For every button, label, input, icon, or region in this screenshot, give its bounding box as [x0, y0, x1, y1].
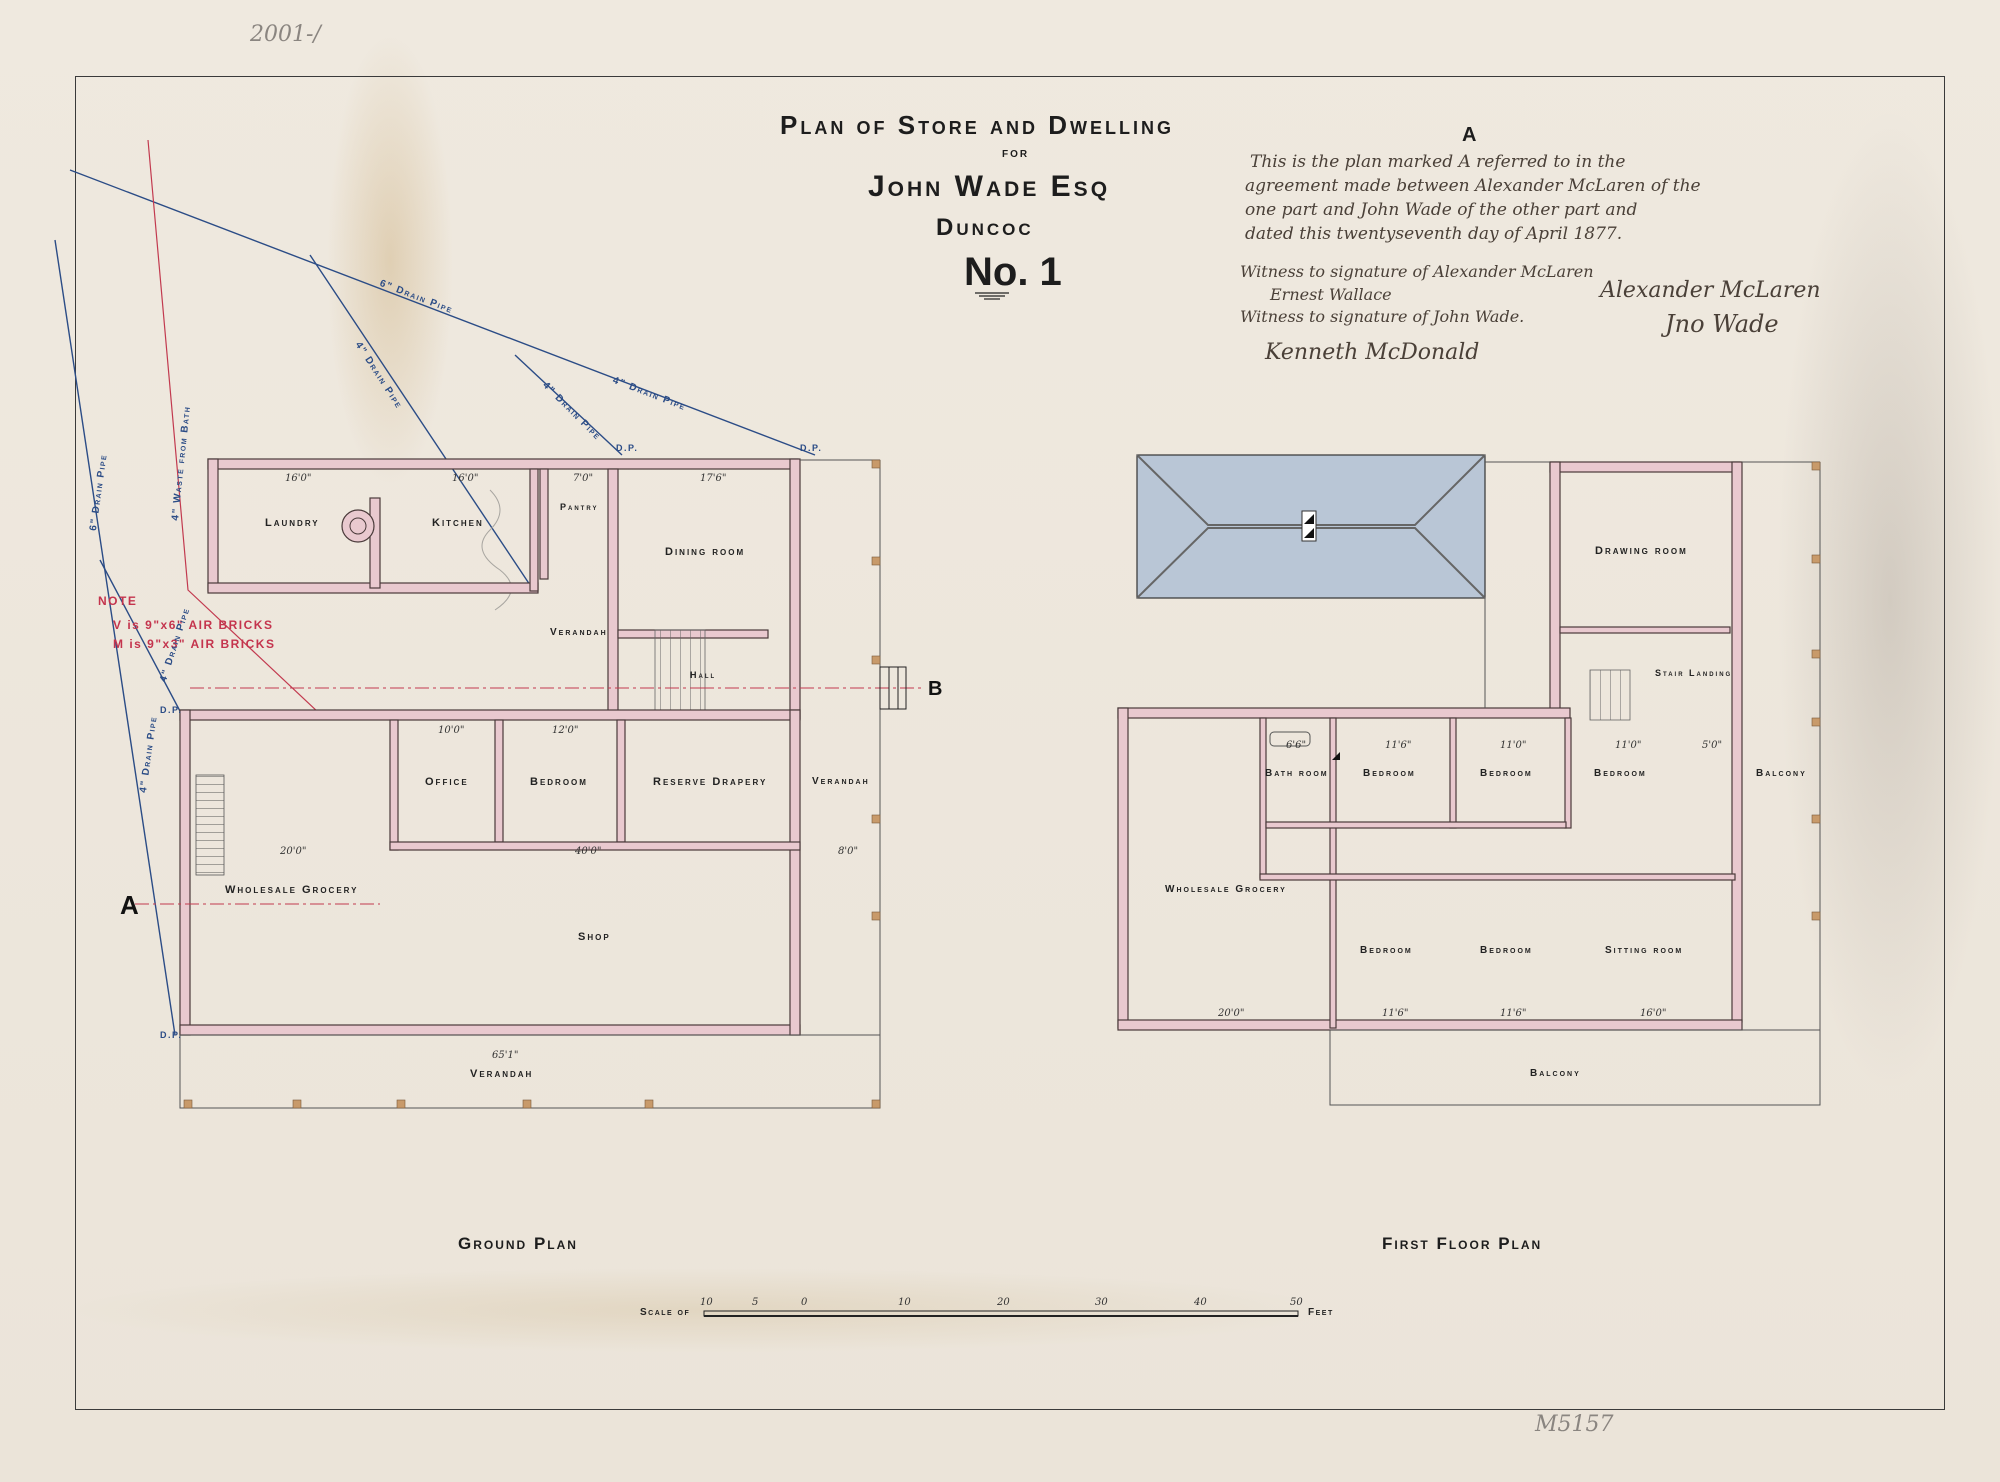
drawing-number: No. 1	[964, 250, 1062, 295]
dim-shop: 40'0"	[575, 846, 601, 857]
witness-1-name: Ernest Wallace	[1270, 285, 1392, 304]
dim-bedroom: 12'0"	[552, 725, 578, 736]
downpipe-label: D.P.	[160, 1030, 182, 1040]
section-marker-b: B	[928, 678, 942, 701]
dim-bath: 6'6"	[1286, 740, 1306, 751]
signature-wade: Jno Wade	[1665, 310, 1779, 338]
scale-suffix: Feet	[1308, 1307, 1334, 1318]
room-wholesale-grocery-upper: Wholesale Grocery	[1165, 884, 1287, 895]
room-laundry: Laundry	[265, 517, 320, 529]
room-bedroom-1: Bedroom	[1363, 768, 1416, 779]
dim-front-total: 65'1"	[492, 1050, 518, 1061]
dim-pantry: 7'0"	[573, 473, 593, 484]
dim-wholesale: 20'0"	[280, 846, 306, 857]
room-balcony-east: Balcony	[1756, 768, 1807, 779]
downpipe-label: D.P.	[160, 705, 182, 715]
room-bedroom-2: Bedroom	[1480, 768, 1533, 779]
agreement-line-3: one part and John Wade of the other part…	[1245, 200, 1637, 220]
note-heading: NOTE	[98, 594, 137, 608]
room-reserve-drapery: Reserve Drapery	[653, 776, 767, 788]
room-hall: Hall	[690, 670, 716, 680]
witness-2-signature: Kenneth McDonald	[1265, 340, 1479, 365]
dim-bed4: 11'6"	[1382, 1008, 1408, 1019]
room-verandah-east: Verandah	[812, 776, 870, 787]
scale-tick: 10	[700, 1297, 713, 1308]
witness-2-label: Witness to signature of John Wade.	[1240, 307, 1524, 326]
scale-tick: 50	[1290, 1297, 1303, 1308]
archive-reference: M5157	[1535, 1412, 1614, 1437]
first-floor-plan-label: First Floor Plan	[1382, 1234, 1542, 1254]
room-wholesale-grocery-ground: Wholesale Grocery	[225, 884, 358, 896]
scale-tick: 5	[752, 1297, 758, 1308]
scale-bar-line	[704, 1311, 1298, 1316]
ground-main-block	[180, 710, 800, 1035]
room-pantry: Pantry	[560, 502, 598, 512]
title-heading: Plan of Store and Dwelling	[780, 110, 1174, 141]
scale-tick: 30	[1095, 1297, 1108, 1308]
downpipe-label: D.P.	[616, 443, 638, 453]
pencil-catalogue-note: 2001-/	[250, 22, 321, 47]
section-marker-a: A	[120, 890, 139, 921]
roof-plan	[1137, 455, 1485, 598]
ground-plan-label: Ground Plan	[458, 1234, 578, 1254]
dim-wholesale-upper: 20'0"	[1218, 1008, 1244, 1019]
room-sitting: Sitting room	[1605, 945, 1683, 956]
place-name: Duncoc	[936, 214, 1034, 242]
scale-tick: 40	[1194, 1297, 1207, 1308]
agreement-line-2: agreement made between Alexander McLaren…	[1245, 176, 1701, 196]
title-for: FOR	[1002, 149, 1029, 160]
room-office: Office	[425, 776, 469, 788]
note-v-air-bricks: V is 9"x6" AIR BRICKS	[113, 618, 273, 632]
downpipe-label: D.P.	[800, 443, 822, 453]
room-verandah-inner: Verandah	[550, 627, 608, 638]
dim-office: 10'0"	[438, 725, 464, 736]
room-stair-landing: Stair Landing	[1655, 668, 1732, 678]
room-kitchen: Kitchen	[432, 517, 484, 529]
room-verandah-south: Verandah	[470, 1068, 533, 1080]
room-drawing: Drawing room	[1595, 545, 1688, 557]
room-balcony-south: Balcony	[1530, 1068, 1581, 1079]
room-bedroom-5: Bedroom	[1480, 945, 1533, 956]
scale-tick: 20	[997, 1297, 1010, 1308]
dim-dining: 17'6"	[700, 473, 726, 484]
room-bedroom-ground: Bedroom	[530, 776, 588, 788]
room-bedroom-4: Bedroom	[1360, 945, 1413, 956]
ground-rear-wing	[208, 459, 800, 719]
dim-verandah: 8'0"	[838, 846, 858, 857]
agreement-line-4: dated this twentyseventh day of April 18…	[1245, 224, 1622, 244]
dim-bed5: 11'6"	[1500, 1008, 1526, 1019]
agreement-line-1: This is the plan marked A referred to in…	[1250, 152, 1625, 172]
room-shop: Shop	[578, 931, 611, 943]
signature-mclaren: Alexander McLaren	[1600, 278, 1821, 303]
dim-bed1: 11'6"	[1385, 740, 1411, 751]
room-bathroom: Bath room	[1265, 768, 1329, 779]
dim-sitting: 16'0"	[1640, 1008, 1666, 1019]
room-dining: Dining room	[665, 546, 745, 558]
dim-kitchen: 16'0"	[452, 473, 478, 484]
note-m-air-bricks: M is 9"x3" AIR BRICKS	[113, 637, 275, 651]
dim-bed2: 11'0"	[1500, 740, 1526, 751]
plan-marker-a: A	[1462, 124, 1476, 147]
scale-tick: 10	[898, 1297, 911, 1308]
dim-balcony: 5'0"	[1702, 740, 1722, 751]
dim-bed3: 11'0"	[1615, 740, 1641, 751]
witness-1-label: Witness to signature of Alexander McLare…	[1240, 262, 1594, 281]
client-name: John Wade Esq	[868, 170, 1110, 204]
scale-prefix: Scale of	[640, 1307, 690, 1318]
room-bedroom-3: Bedroom	[1594, 768, 1647, 779]
dim-laundry: 16'0"	[285, 473, 311, 484]
scale-tick: 0	[801, 1297, 807, 1308]
